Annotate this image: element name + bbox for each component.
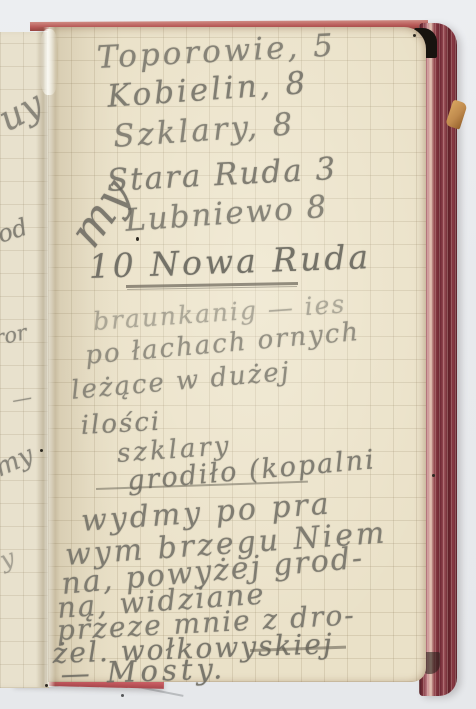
speck <box>432 474 435 477</box>
speck <box>45 684 48 687</box>
edge-fragment: — <box>10 385 34 412</box>
scanned-notebook-photo: Toporowie, 5 Kobielin, 8 Szklary, 8 Star… <box>0 0 476 709</box>
speck <box>40 449 43 452</box>
speck <box>121 694 124 697</box>
page-fold-highlight <box>40 29 58 95</box>
speck <box>413 34 416 37</box>
speck <box>136 237 139 241</box>
handwritten-line: — Mosty. <box>60 651 227 691</box>
